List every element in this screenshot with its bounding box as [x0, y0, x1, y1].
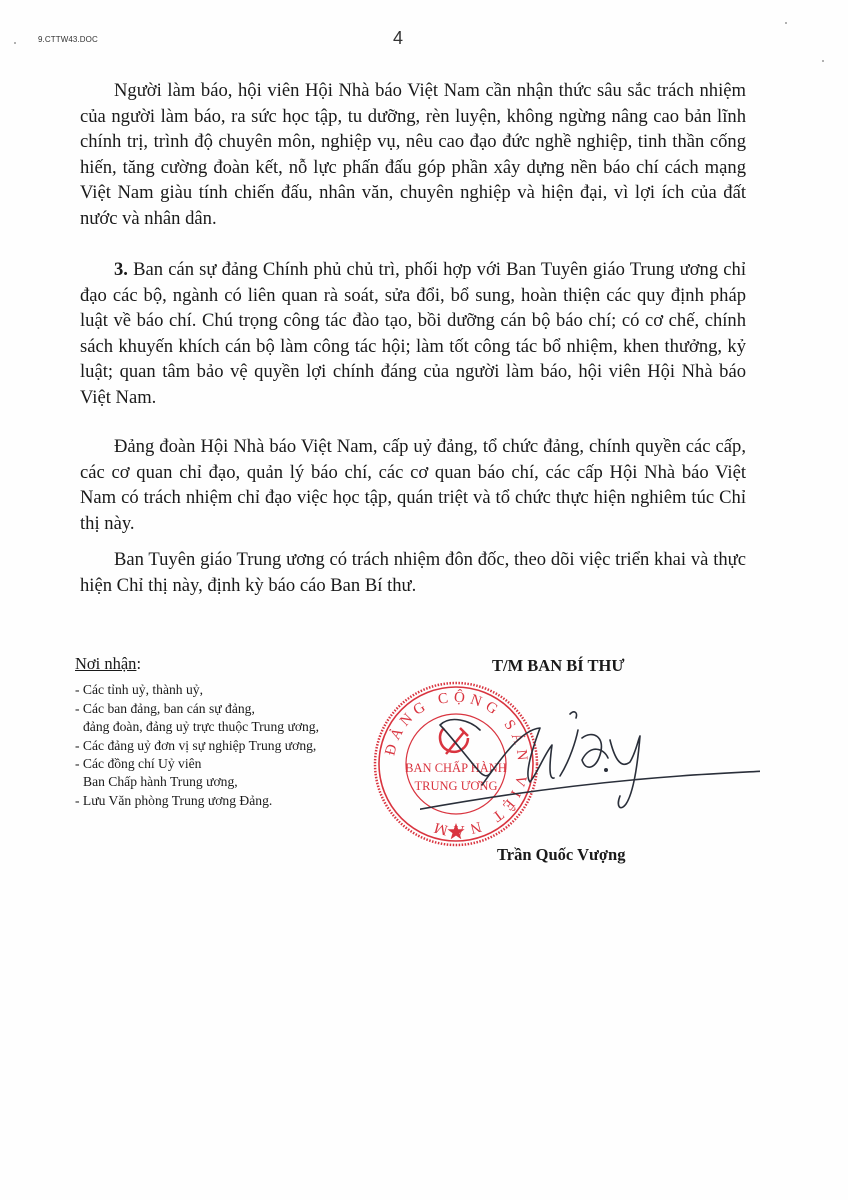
recipient-item: Ban Chấp hành Trung ương,: [75, 773, 319, 791]
document-page: 9.CTTW43.DOC 4 Người làm báo, hội viên H…: [0, 0, 848, 1200]
signature-title: T/M BAN BÍ THƯ: [492, 656, 624, 676]
paragraph-journalists-responsibility: Người làm báo, hội viên Hội Nhà báo Việt…: [80, 78, 746, 232]
page-number: 4: [393, 28, 403, 49]
paragraph-monitoring: Ban Tuyên giáo Trung ương có trách nhiệm…: [80, 547, 746, 598]
recipient-item: - Lưu Văn phòng Trung ương Đảng.: [75, 792, 319, 810]
paragraph-text: Đảng đoàn Hội Nhà báo Việt Nam, cấp uỷ đ…: [80, 436, 746, 534]
paragraph-text: Ban cán sự đảng Chính phủ chủ trì, phối …: [80, 259, 746, 408]
recipient-item: - Các ban đảng, ban cán sự đảng,: [75, 700, 319, 718]
section-number: 3.: [114, 259, 128, 280]
paragraph-text: Ban Tuyên giáo Trung ương có trách nhiệm…: [80, 549, 746, 596]
recipient-item: - Các tỉnh uỷ, thành uỷ,: [75, 681, 319, 699]
recipient-item: đảng đoàn, đảng uỷ trực thuộc Trung ương…: [75, 718, 319, 736]
scan-speck: [14, 42, 16, 44]
signer-name: Trần Quốc Vượng: [497, 845, 625, 865]
paragraph-implementation: Đảng đoàn Hội Nhà báo Việt Nam, cấp uỷ đ…: [80, 434, 746, 536]
recipient-item: - Các đảng uỷ đơn vị sự nghiệp Trung ươn…: [75, 737, 319, 755]
recipients-title: Nơi nhận: [75, 655, 136, 673]
scan-speck: [822, 60, 824, 62]
document-filename: 9.CTTW43.DOC: [38, 35, 98, 44]
recipients-block: Nơi nhận: - Các tỉnh uỷ, thành uỷ, - Các…: [75, 655, 319, 810]
paragraph-text: Người làm báo, hội viên Hội Nhà báo Việt…: [80, 80, 746, 229]
paragraph-section-3: 3. Ban cán sự đảng Chính phủ chủ trì, ph…: [80, 257, 746, 411]
recipients-title-colon: :: [136, 654, 141, 673]
handwritten-signature: [420, 700, 760, 830]
recipient-item: - Các đồng chí Uỷ viên: [75, 755, 319, 773]
scan-speck: [785, 22, 787, 24]
